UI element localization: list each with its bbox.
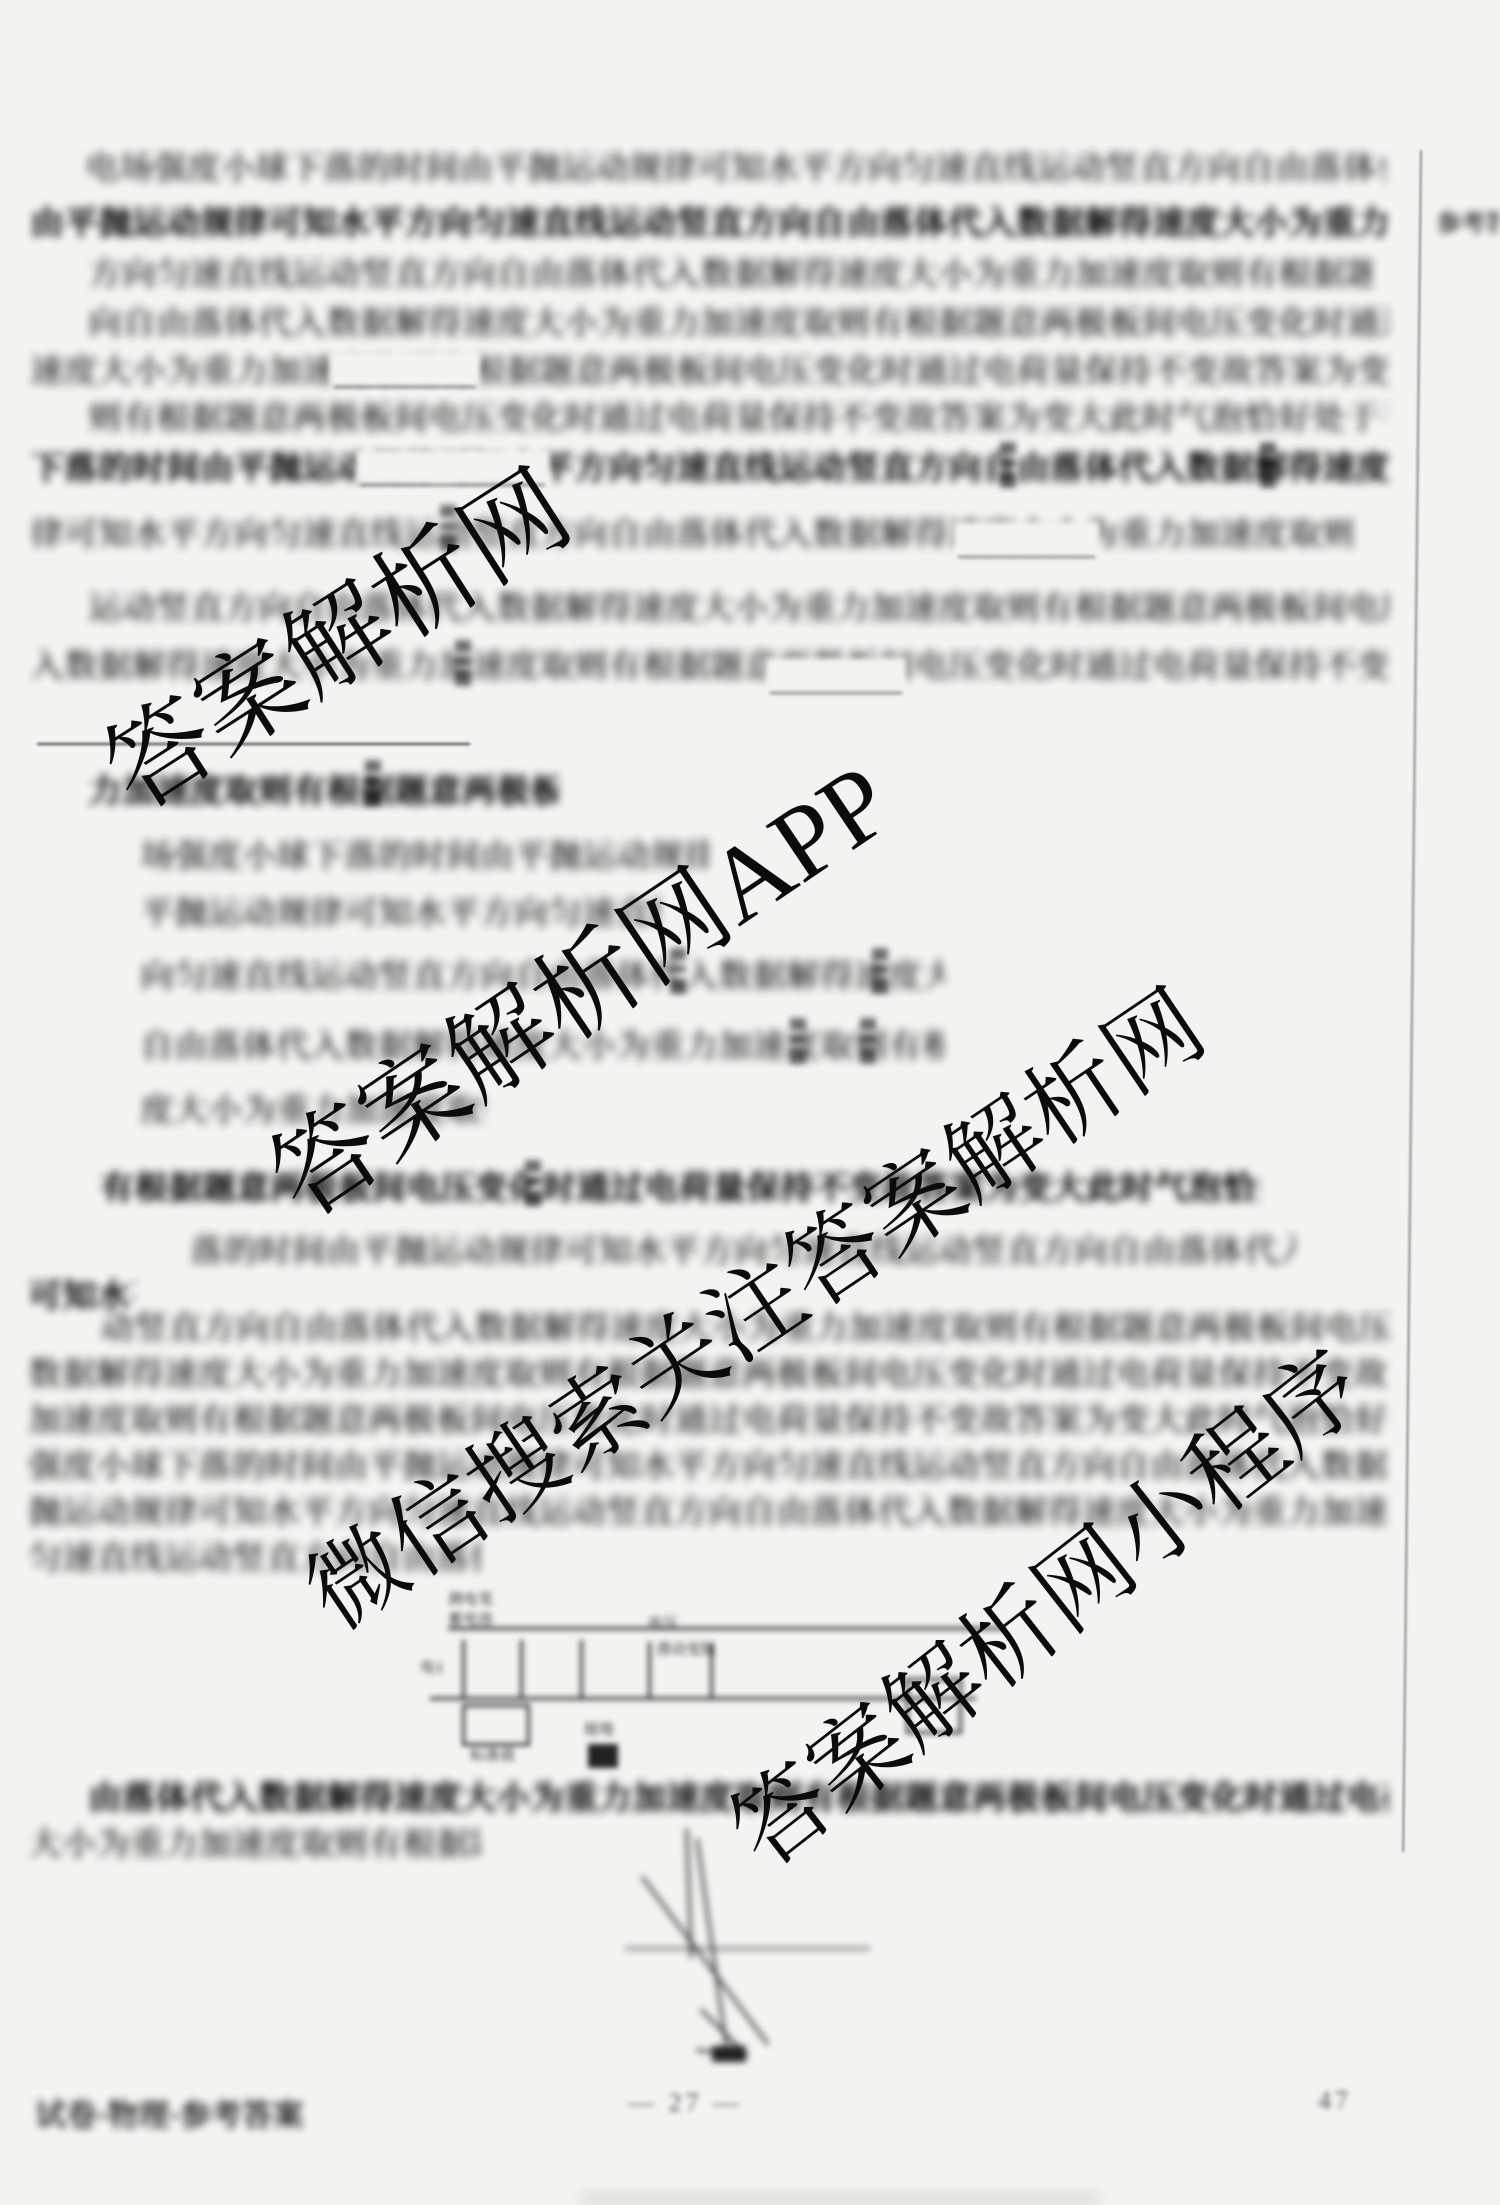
footer-left-text: 试卷·物理·参考答案: [35, 2090, 390, 2135]
blurred-fraction-glyph: [860, 1018, 876, 1064]
blurred-text-line: 由平抛运动规律可知水平方向匀速直线运动竖直方向自由落体代入数据解得速度大小为重力…: [30, 205, 1388, 245]
circuit-lead: [580, 1640, 583, 1698]
answer-blank-underline: [958, 556, 1095, 558]
blurred-fraction-glyph: [525, 1160, 541, 1206]
circuit-label: 标准值: [470, 1744, 526, 1765]
answer-blank-gap: [954, 522, 1099, 556]
circuit-label: 蓄电池: [448, 1608, 512, 1629]
blurred-text-line: 电场强度小球下落的时间由平抛运动规律可知水平方向匀速直线运动竖直方向自由落体代入…: [85, 150, 1385, 190]
blurred-fraction-glyph: [455, 640, 471, 686]
circuit-lead: [462, 1640, 465, 1698]
blurred-fraction-glyph: [365, 760, 381, 806]
circuit-label: 电表: [420, 1656, 442, 1677]
circuit-lead: [520, 1640, 523, 1698]
blurred-fraction-glyph: [872, 948, 888, 994]
answer-blank-underline: [334, 386, 476, 388]
blurred-text-line: 方向匀速直线运动竖直方向自由落体代入数据解得速度大小为重力加速度取则有根据题意两…: [88, 256, 1373, 296]
scan-bottom-smudge: [580, 2194, 1100, 2202]
circuit-label: 测电笔: [448, 1588, 512, 1609]
blurred-fraction-glyph: [1000, 442, 1016, 488]
answer-blank-gap: [330, 352, 480, 386]
blurred-text-line: 下落的时间由平抛运动规律可知水平方向匀速直线运动竖直方向自由落体代入数据解得速度…: [30, 450, 1390, 490]
answer-blank-underline: [770, 692, 902, 694]
blurred-fraction-glyph: [790, 1018, 806, 1064]
circuit-component-box: [462, 1704, 530, 1746]
blurred-fraction-glyph: [1260, 442, 1276, 488]
blurred-text-line: 大小为重力加速度取则有根据题意两极板间电: [28, 1826, 480, 1866]
circuit-label: 电压: [648, 1612, 694, 1633]
circuit-label: 滑动变阻: [656, 1638, 730, 1659]
blurred-text-line: 则有根据题意两极板间电压变化时通过电荷量保持不变故答案为变大此时气泡恰好处于平衡…: [88, 400, 1388, 440]
footer-page-number: — 27 —: [628, 2088, 743, 2118]
page-edge-vertical-rule: [1402, 150, 1422, 1852]
circuit-label: 接地: [584, 1718, 624, 1739]
footer-right-mark: 47: [1318, 2086, 1352, 2116]
circuit-component-blob: [588, 1744, 618, 1768]
blurred-text-line: 向自由落体代入数据解得速度大小为重力加速度取则有根据题意两极板间电压变化时通过电…: [88, 305, 1388, 345]
page-edge-text-snippet: 参考答案: [1437, 203, 1499, 238]
answer-blank-gap: [766, 658, 906, 692]
circuit-lead: [648, 1642, 651, 1698]
blurred-text-line: 律可知水平方向匀速直线运动竖直方向自由落体代入数据解得速度大小为重力加速度取则有…: [30, 516, 1352, 556]
figure-blob: [712, 2046, 746, 2062]
scanned-answer-page: { "page": {"width": 1500, "height": 2205…: [0, 0, 1500, 2205]
blurred-text-line: 速度大小为重力加速度取则有根据题意两极板间电压变化时通过电荷量保持不变故答案为变…: [30, 353, 1390, 393]
figure-line: [625, 1947, 870, 1950]
